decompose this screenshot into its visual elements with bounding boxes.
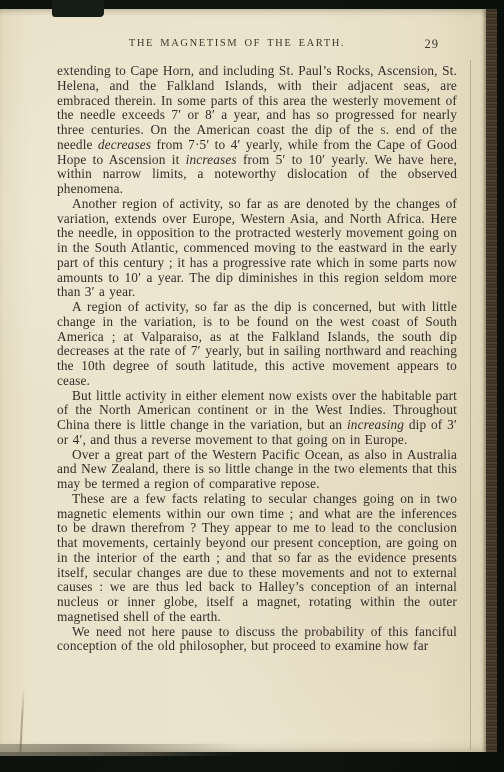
page-edge-shadow — [470, 60, 471, 750]
page-number: 29 — [425, 37, 440, 52]
text-run: Over a great part of the Western Pacific… — [57, 447, 457, 492]
binding-tab — [52, 0, 104, 17]
italic-text-run: increasing — [347, 417, 404, 432]
paragraph: But little activity in either element no… — [57, 389, 457, 448]
paragraph: Another region of activity, so far as ar… — [57, 197, 457, 300]
paragraph: We need not here pause to discuss the pr… — [57, 625, 457, 655]
italic-text-run: decreases — [98, 137, 151, 152]
page-stack-edge — [486, 9, 497, 752]
text-run: These are a few facts relating to secula… — [57, 491, 457, 624]
text-block: extending to Cape Horn, and including St… — [57, 64, 457, 654]
smallcaps-text-run: s. — [381, 122, 390, 137]
bottom-page-wear — [0, 744, 240, 756]
paragraph: extending to Cape Horn, and including St… — [57, 64, 457, 197]
paragraph: These are a few facts relating to secula… — [57, 492, 457, 625]
text-run: We need not here pause to discuss the pr… — [57, 624, 457, 654]
text-run: A region of activity, so far as the dip … — [57, 299, 457, 388]
paragraph: Over a great part of the Western Pacific… — [57, 448, 457, 492]
italic-text-run: increases — [186, 152, 237, 167]
page-header: THE MAGNETISM OF THE EARTH. 29 — [57, 38, 457, 54]
book-scan: THE MAGNETISM OF THE EARTH. 29 extending… — [0, 0, 504, 772]
text-run: Another region of activity, so far as ar… — [57, 196, 457, 300]
running-title: THE MAGNETISM OF THE EARTH. — [57, 38, 417, 49]
paragraph: A region of activity, so far as the dip … — [57, 300, 457, 389]
